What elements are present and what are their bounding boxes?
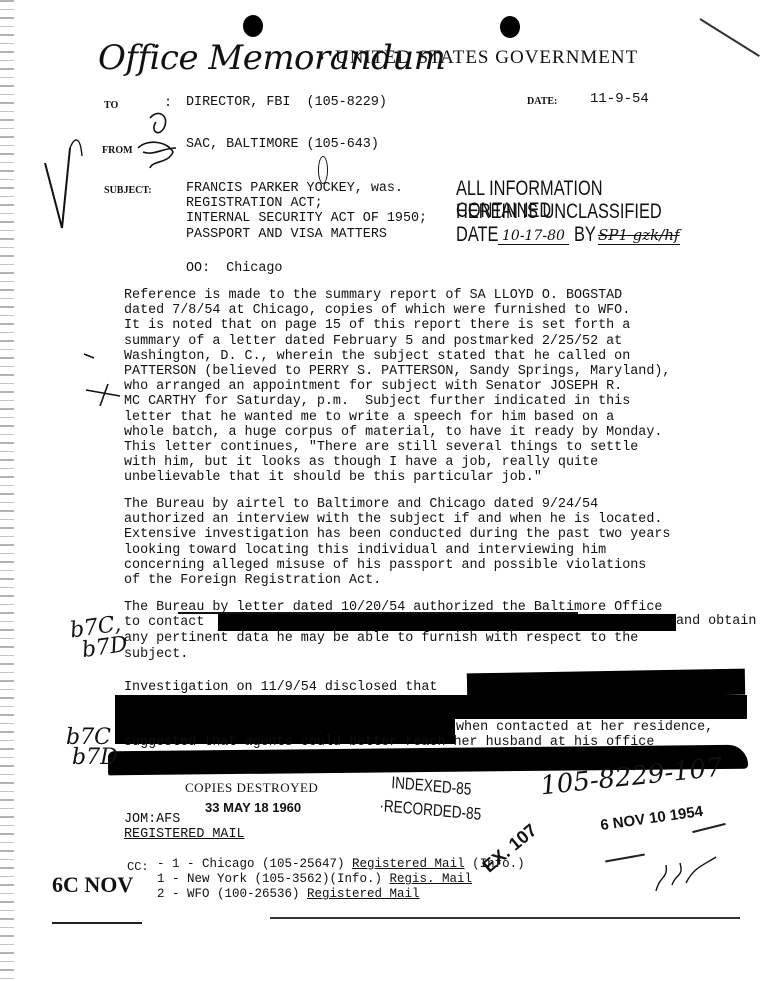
- paragraph-1-line: unbelievable that it should be this part…: [124, 470, 670, 485]
- body-paragraph-4-line-1: Investigation on 11/9/54 disclosed that: [124, 680, 437, 695]
- redaction-block: [218, 614, 676, 631]
- cc-mail-method: Registered Mail: [352, 857, 465, 871]
- cc-entry: 2 - WFO (100-26536) Registered Mail: [157, 887, 525, 902]
- declass-date: 10-17-80: [498, 228, 569, 245]
- paragraph-1-line: whole batch, a huge corpus of material, …: [124, 425, 670, 440]
- copies-destroyed-date: 33 MAY 18 1960: [205, 800, 301, 815]
- paragraph-1-line: Washington, D. C., wherein the subject s…: [124, 349, 670, 364]
- paragraph-2-line: of the Foreign Registration Act.: [124, 573, 670, 588]
- initials-line: JOM:AFS: [124, 812, 180, 827]
- left-receipt-stamp: 6C NOV: [52, 872, 133, 898]
- handwritten-mark: [318, 156, 328, 184]
- subject-line-2: REGISTRATION ACT;: [186, 196, 323, 211]
- paragraph-2-line: concerning alleged misuse of his passpor…: [124, 558, 670, 573]
- cc-mail-method: Regis. Mail: [390, 872, 473, 886]
- paragraph-1-line: It is noted that on page 15 of this repo…: [124, 318, 670, 333]
- body-paragraph-3-line-4: subject.: [124, 647, 188, 662]
- stamp-rule: [692, 823, 725, 833]
- body-paragraph-3-line-2-end: and obtain: [676, 614, 756, 629]
- government-heading: UNITED STATES GOVERNMENT: [335, 47, 638, 69]
- handwritten-initials-icon: [650, 855, 720, 895]
- declass-by-label: BY: [574, 224, 596, 246]
- stamp-rule: [605, 854, 645, 863]
- handwritten-initials-icon: [128, 108, 188, 178]
- cc-entry: - 1 - Chicago (105-25647) Registered Mai…: [157, 857, 525, 872]
- cc-list: - 1 - Chicago (105-25647) Registered Mai…: [157, 857, 525, 903]
- subject-line-4: PASSPORT AND VISA MATTERS: [186, 227, 387, 242]
- paragraph-1-line: who arranged an appointment for subject …: [124, 379, 670, 394]
- paragraph-1-line: Reference is made to the summary report …: [124, 288, 670, 303]
- paragraph-1-line: summary of a letter dated February 5 and…: [124, 334, 670, 349]
- body-paragraph-1: Reference is made to the summary report …: [124, 288, 670, 486]
- date-value: 11-9-54: [590, 92, 649, 107]
- to-value: DIRECTOR, FBI (105-8229): [186, 95, 387, 110]
- margin-exemption-b7d: b7D: [81, 635, 129, 661]
- date-label: DATE:: [527, 96, 557, 107]
- margin-x-mark-icon: [80, 346, 130, 406]
- paragraph-1-line: MC CARTHY for Saturday, p.m. Subject fur…: [124, 394, 670, 409]
- body-paragraph-2: The Bureau by airtel to Baltimore and Ch…: [124, 497, 670, 588]
- cc-mail-method: Registered Mail: [307, 887, 420, 901]
- subject-label: SUBJECT:: [104, 185, 152, 196]
- paragraph-1-line: with him, but it looks as though I have …: [124, 455, 670, 470]
- paragraph-1-line: dated 7/8/54 at Chicago, copies of which…: [124, 303, 670, 318]
- declass-stamp-line-3: DATE: [456, 224, 498, 246]
- subject-line-3: INTERNAL SECURITY ACT OF 1950;: [186, 211, 427, 226]
- to-label: TO: [104, 100, 118, 111]
- origin-office: OO: Chicago: [186, 261, 282, 276]
- paragraph-2-line: looking toward locating this individual …: [124, 543, 670, 558]
- punch-hole: [243, 15, 263, 37]
- declass-by-initials: SP1 gzk/hf: [598, 226, 680, 245]
- paragraph-1-line: This letter continues, "There are still …: [124, 440, 670, 455]
- margin-check-mark-icon: [40, 128, 90, 238]
- body-paragraph-4-line-3-end: when contacted at her residence,: [456, 720, 713, 735]
- paragraph-1-line: PATTERSON (believed to PERRY S. PATTERSO…: [124, 364, 670, 379]
- body-paragraph-3-line-2-start: to contact: [124, 615, 204, 630]
- registered-mail-label: REGISTERED MAIL: [124, 827, 245, 842]
- received-date-stamp: 6 NOV 10 1954: [599, 803, 704, 834]
- paragraph-2-line: Extensive investigation has been conduct…: [124, 527, 670, 542]
- punch-hole: [500, 16, 520, 38]
- redaction-block: [115, 695, 747, 719]
- from-value: SAC, BALTIMORE (105-643): [186, 137, 379, 152]
- bottom-rule: [270, 917, 740, 919]
- paragraph-2-line: The Bureau by airtel to Baltimore and Ch…: [124, 497, 670, 512]
- paragraph-2-line: authorized an interview with the subject…: [124, 512, 670, 527]
- declass-stamp-line-2: HEREIN IS UNCLASSIFIED: [456, 201, 662, 223]
- paragraph-1-line: letter that he wanted me to write a spee…: [124, 410, 670, 425]
- margin-mark: [699, 18, 759, 57]
- margin-exemption-b7d: b7D: [72, 748, 118, 768]
- title-separator: •: [318, 48, 324, 69]
- copies-destroyed-stamp: COPIES DESTROYED: [185, 780, 318, 796]
- scan-edge-noise: [0, 0, 14, 981]
- body-paragraph-3-line-3: any pertinent data he may be able to fur…: [124, 631, 638, 646]
- subject-line-1: FRANCIS PARKER YOCKEY, was.: [186, 181, 403, 196]
- bottom-rule: [52, 922, 142, 924]
- cc-entry: 1 - New York (105-3562)(Info.) Regis. Ma…: [157, 872, 525, 887]
